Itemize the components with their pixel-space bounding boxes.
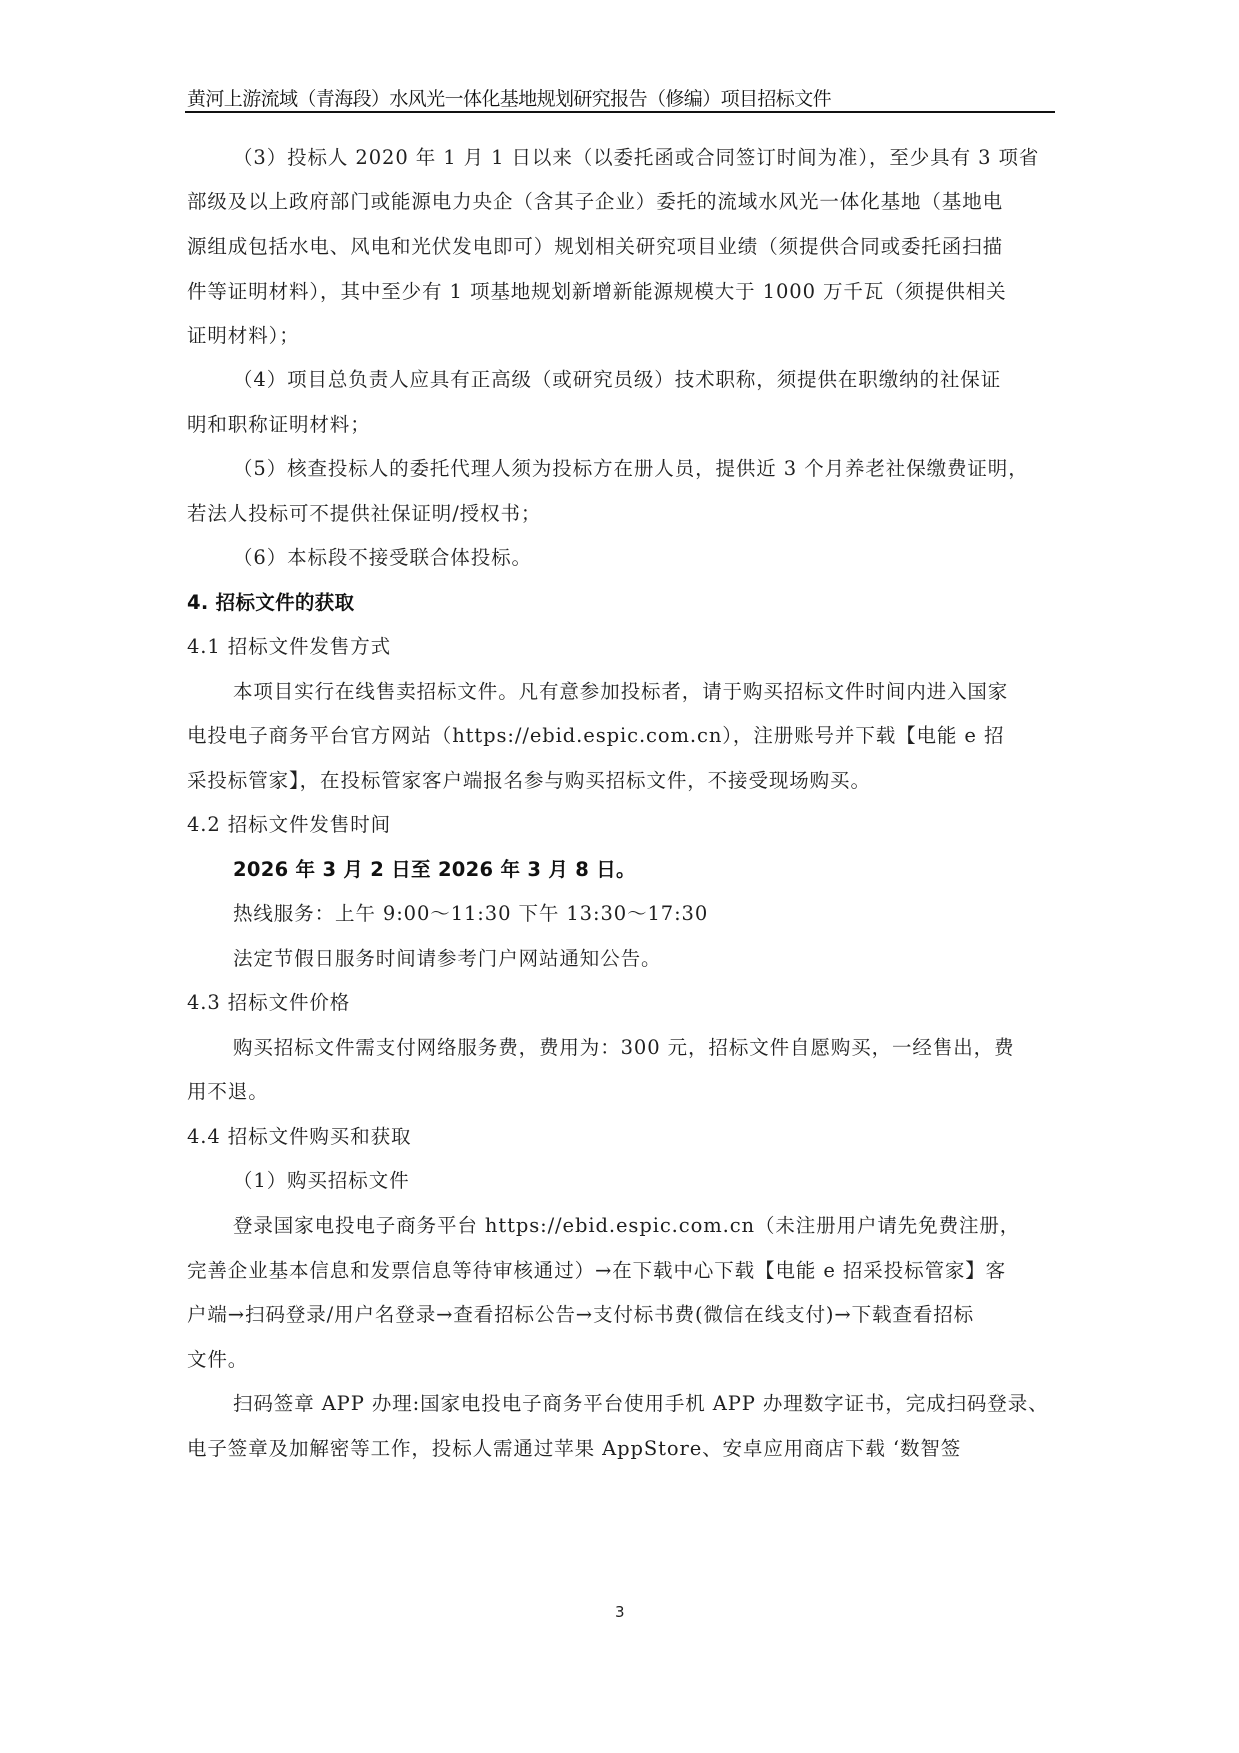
app-line-1: 扫码签章 APP 办理:国家电投电子商务平台使用手机 APP 办理数字证书，完成…	[233, 1391, 1049, 1417]
req5-line-2: 若法人投标可不提供社保证明/授权书；	[187, 501, 541, 527]
login-line-1: 登录国家电投电子商务平台 https://ebid.espic.com.cn（未…	[233, 1213, 1020, 1239]
req6-line: （6）本标段不接受联合体投标。	[233, 545, 532, 571]
sale-period: 2026 年 3 月 2 日至 2026 年 3 月 8 日。	[233, 857, 636, 883]
req3-line-4: 件等证明材料），其中至少有 1 项基地规划新增新能源规模大于 1000 万千瓦（…	[187, 279, 1007, 305]
document-page: 黄河上游流域（青海段）水风光一体化基地规划研究报告（修编）项目招标文件 （3）投…	[0, 0, 1239, 1753]
document-header-title: 黄河上游流域（青海段）水风光一体化基地规划研究报告（修编）项目招标文件	[187, 88, 831, 110]
section-4-2-heading: 4.2 招标文件发售时间	[187, 812, 391, 838]
section-4-3-heading: 4.3 招标文件价格	[187, 990, 350, 1016]
holiday-note: 法定节假日服务时间请参考门户网站通知公告。	[233, 946, 661, 972]
s4-1-line-2: 电投电子商务平台官方网站（https://ebid.espic.com.cn），…	[187, 723, 1004, 749]
login-line-2: 完善企业基本信息和发票信息等待审核通过）→在下载中心下载【电能 e 招采投标管家…	[187, 1258, 1006, 1284]
section-4-heading: 4. 招标文件的获取	[187, 590, 354, 616]
login-line-4: 文件。	[187, 1347, 248, 1373]
req4-line-1: （4）项目总负责人应具有正高级（或研究员级）技术职称，须提供在职缴纳的社保证	[233, 367, 1001, 393]
req3-line-2: 部级及以上政府部门或能源电力央企（含其子企业）委托的流域水风光一体化基地（基地电	[187, 189, 1003, 215]
section-4-4-heading: 4.4 招标文件购买和获取	[187, 1124, 411, 1150]
app-line-2: 电子签章及加解密等工作，投标人需通过苹果 AppStore、安卓应用商店下载 ‘…	[187, 1436, 961, 1462]
header-divider	[185, 111, 1055, 113]
s4-3-line-2: 用不退。	[187, 1079, 269, 1105]
s4-3-line-1: 购买招标文件需支付网络服务费，费用为：300 元，招标文件自愿购买，一经售出，费	[233, 1035, 1014, 1061]
s4-1-line-3: 采投标管家】，在投标管家客户端报名参与购买招标文件，不接受现场购买。	[187, 768, 871, 794]
section-4-1-heading: 4.1 招标文件发售方式	[187, 634, 391, 660]
s4-1-line-1: 本项目实行在线售卖招标文件。凡有意参加投标者，请于购买招标文件时间内进入国家	[233, 679, 1008, 705]
page-number: 3	[615, 1603, 625, 1621]
login-line-3: 户端→扫码登录/用户名登录→查看招标公告→支付标书费(微信在线支付)→下载查看招…	[187, 1302, 974, 1328]
req3-line-5: 证明材料）；	[187, 323, 300, 349]
req5-line-1: （5）核查投标人的委托代理人须为投标方在册人员，提供近 3 个月养老社保缴费证明…	[233, 456, 1029, 482]
req3-line-3: 源组成包括水电、风电和光伏发电即可）规划相关研究项目业绩（须提供合同或委托函扫描	[187, 234, 1003, 260]
s4-4-item-1-title: （1）购买招标文件	[233, 1168, 410, 1194]
req4-line-2: 明和职称证明材料；	[187, 412, 371, 438]
req3-line-1: （3）投标人 2020 年 1 月 1 日以来（以委托函或合同签订时间为准），至…	[233, 145, 1039, 171]
hotline-hours: 热线服务：上午 9:00～11:30 下午 13:30～17:30	[233, 901, 708, 927]
